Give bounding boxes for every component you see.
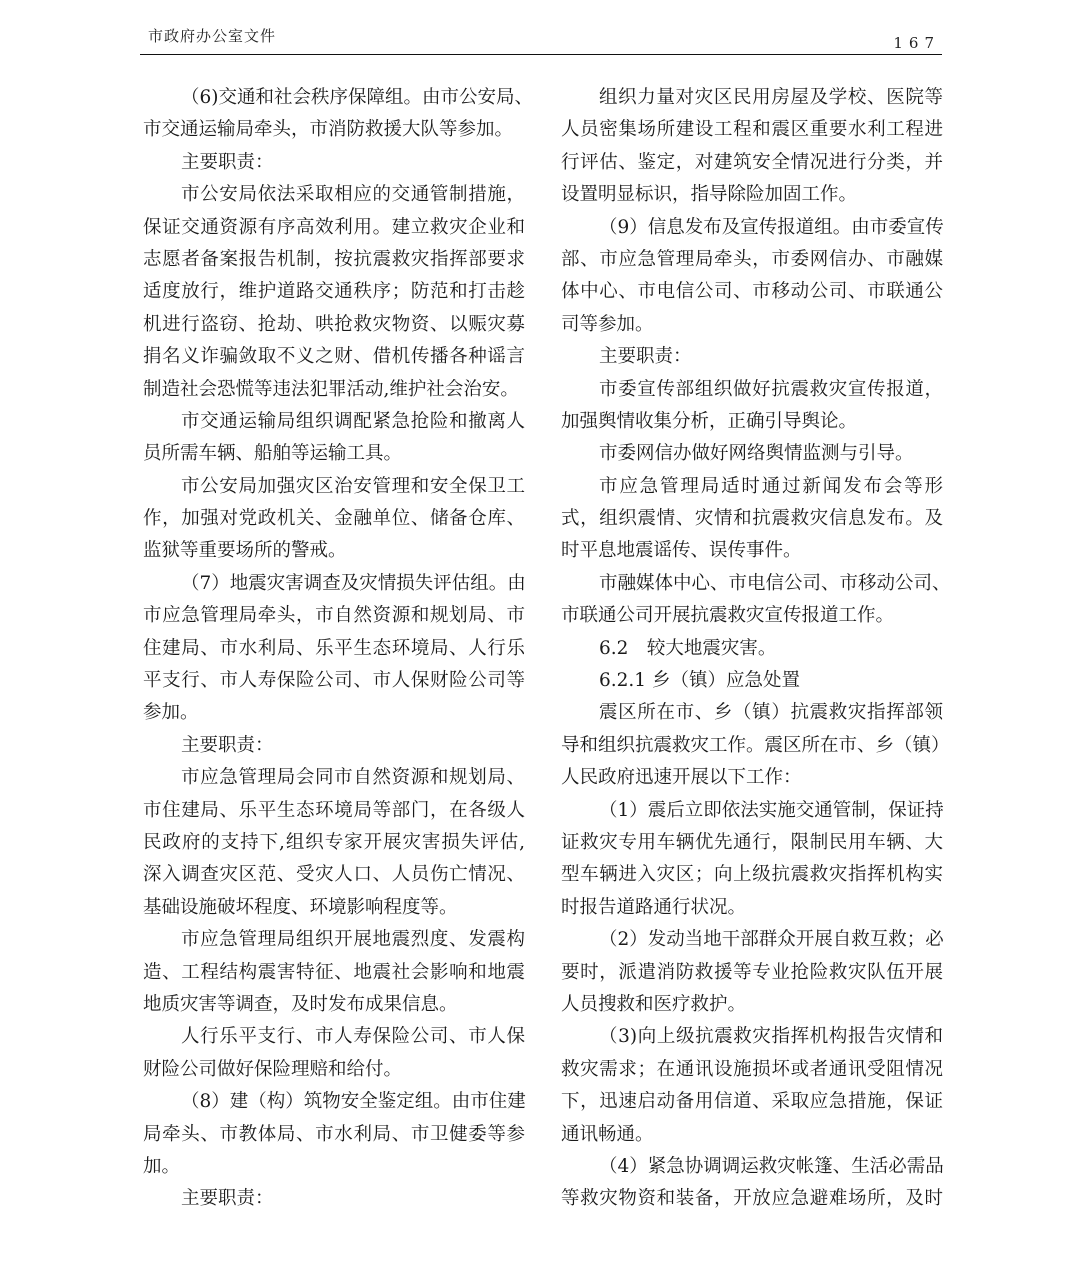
text-line: 设置明显标识，指导除险加固工作。	[561, 179, 943, 211]
text-line: 行评估、鉴定，对建筑安全情况进行分类，并	[561, 147, 943, 179]
text-line: 救灾需求；在通讯设施损坏或者通讯受阻情况	[561, 1054, 943, 1086]
text-line: 要时，派遣消防救援等专业抢险救灾队伍开展	[561, 957, 943, 989]
text-line: 局牵头、市教体局、市水利局、市卫健委等参	[143, 1119, 525, 1151]
page-number: 167	[893, 34, 940, 52]
text-line: 主要职责：	[143, 147, 525, 179]
right-column: 组织力量对灾区民用房屋及学校、医院等人员密集场所建设工程和震区重要水利工程进行评…	[561, 82, 943, 1216]
text-line: 市融媒体中心、市电信公司、市移动公司、	[561, 568, 943, 600]
left-column: （6)交通和社会秩序保障组。由市公安局、市交通运输局牵头，市消防救援大队等参加。…	[143, 82, 525, 1216]
text-line: （9）信息发布及宣传报道组。由市委宣传	[561, 212, 943, 244]
text-line: 捐名义诈骗敛取不义之财、借机传播各种谣言	[143, 341, 525, 373]
text-line: 住建局、市水利局、乐平生态环境局、人行乐	[143, 633, 525, 665]
text-line: 员所需车辆、船舶等运输工具。	[143, 438, 525, 470]
text-line: （8）建（构）筑物安全鉴定组。由市住建	[143, 1086, 525, 1118]
text-line: 司等参加。	[561, 309, 943, 341]
text-line: （2）发动当地干部群众开展自救互救；必	[561, 924, 943, 956]
text-line: 主要职责：	[143, 730, 525, 762]
text-line: 市委宣传部组织做好抗震救灾宣传报道，	[561, 374, 943, 406]
text-line: 人员密集场所建设工程和震区重要水利工程进	[561, 114, 943, 146]
text-line: 震区所在市、乡（镇）抗震救灾指挥部领	[561, 697, 943, 729]
text-line: 组织力量对灾区民用房屋及学校、医院等	[561, 82, 943, 114]
text-line: 民政府的支持下,组织专家开展灾害损失评估,	[143, 827, 525, 859]
page-header: 市政府办公室文件 167	[140, 22, 942, 55]
text-line: 等救灾物资和装备，开放应急避难场所，及时	[561, 1183, 943, 1215]
text-line: 通讯畅通。	[561, 1119, 943, 1151]
text-line: 市应急管理局适时通过新闻发布会等形	[561, 471, 943, 503]
text-line: 适度放行，维护道路交通秩序；防范和打击趁	[143, 276, 525, 308]
text-line: 造、工程结构震害特征、地震社会影响和地震	[143, 957, 525, 989]
text-line: 人员搜救和医疗救护。	[561, 989, 943, 1021]
text-line: 平支行、市人寿保险公司、市人保财险公司等	[143, 665, 525, 697]
text-line: 时平息地震谣传、误传事件。	[561, 535, 943, 567]
text-line: （7）地震灾害调查及灾情损失评估组。由	[143, 568, 525, 600]
text-line: 市委网信办做好网络舆情监测与引导。	[561, 438, 943, 470]
text-line: 时报告道路通行状况。	[561, 892, 943, 924]
text-line: 加。	[143, 1151, 525, 1183]
text-line: 深入调查灾区范、受灾人口、人员伤亡情况、	[143, 859, 525, 891]
text-line: 式，组织震情、灾情和抗震救灾信息发布。及	[561, 503, 943, 535]
text-line: 市应急管理局组织开展地震烈度、发震构	[143, 924, 525, 956]
text-line: 市交通运输局组织调配紧急抢险和撤离人	[143, 406, 525, 438]
text-line: 人民政府迅速开展以下工作：	[561, 762, 943, 794]
text-line: 作，加强对党政机关、金融单位、储备仓库、	[143, 503, 525, 535]
text-line: 部、市应急管理局牵头，市委网信办、市融媒	[561, 244, 943, 276]
text-line: 型车辆进入灾区；向上级抗震救灾指挥机构实	[561, 859, 943, 891]
text-line: 地质灾害等调查，及时发布成果信息。	[143, 989, 525, 1021]
text-line: 市公安局依法采取相应的交通管制措施，	[143, 179, 525, 211]
text-line: 市联通公司开展抗震救灾宣传报道工作。	[561, 600, 943, 632]
text-line: 机进行盗窃、抢劫、哄抢救灾物资、以赈灾募	[143, 309, 525, 341]
text-line: 监狱等重要场所的警戒。	[143, 535, 525, 567]
text-line: 市应急管理局会同市自然资源和规划局、	[143, 762, 525, 794]
text-line: 制造社会恐慌等违法犯罪活动,维护社会治安。	[143, 374, 525, 406]
text-line: 市公安局加强灾区治安管理和安全保卫工	[143, 471, 525, 503]
text-line: 下，迅速启动备用信道、采取应急措施，保证	[561, 1086, 943, 1118]
text-line: 加强舆情收集分析，正确引导舆论。	[561, 406, 943, 438]
text-line: 体中心、市电信公司、市移动公司、市联通公	[561, 276, 943, 308]
text-line: 财险公司做好保险理赔和给付。	[143, 1054, 525, 1086]
text-line: 参加。	[143, 697, 525, 729]
text-line: （4）紧急协调调运救灾帐篷、生活必需品	[561, 1151, 943, 1183]
text-line: 志愿者备案报告机制，按抗震救灾指挥部要求	[143, 244, 525, 276]
text-line: 导和组织抗震救灾工作。震区所在市、乡（镇）	[561, 730, 943, 762]
text-line: 主要职责：	[561, 341, 943, 373]
header-title: 市政府办公室文件	[148, 25, 276, 46]
text-line: 6.2 较大地震灾害。	[561, 633, 943, 665]
text-line: （6)交通和社会秩序保障组。由市公安局、	[143, 82, 525, 114]
text-line: 保证交通资源有序高效利用。建立救灾企业和	[143, 212, 525, 244]
text-line: 市交通运输局牵头，市消防救援大队等参加。	[143, 114, 525, 146]
text-line: 市住建局、乐平生态环境局等部门，在各级人	[143, 795, 525, 827]
text-line: 基础设施破坏程度、环境影响程度等。	[143, 892, 525, 924]
text-line: （1）震后立即依法实施交通管制，保证持	[561, 795, 943, 827]
text-line: （3)向上级抗震救灾指挥机构报告灾情和	[561, 1021, 943, 1053]
text-line: 6.2.1 乡（镇）应急处置	[561, 665, 943, 697]
text-line: 主要职责：	[143, 1183, 525, 1215]
text-line: 市应急管理局牵头，市自然资源和规划局、市	[143, 600, 525, 632]
text-line: 证救灾专用车辆优先通行，限制民用车辆、大	[561, 827, 943, 859]
text-line: 人行乐平支行、市人寿保险公司、市人保	[143, 1021, 525, 1053]
